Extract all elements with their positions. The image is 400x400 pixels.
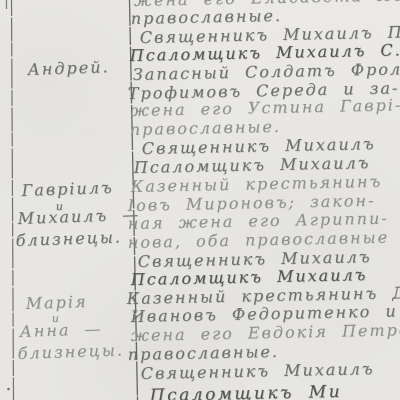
- child-name-line: близнецы.: [15, 229, 122, 249]
- child-name-line: Андрей.: [27, 59, 109, 78]
- register-text-line: Псаломщикъ Ми: [150, 384, 343, 400]
- child-name-line: близнецы.: [17, 342, 124, 362]
- register-text-line: православные.: [128, 344, 279, 363]
- child-name-line: Марія: [25, 294, 87, 312]
- register-text-line: жена его Евдокія Петро-: [131, 322, 400, 344]
- register-text-line: православные.: [131, 8, 282, 27]
- handwriting-layer: Андрей. Гавріилъ и Михаилъ — близнецы. М…: [0, 0, 400, 400]
- child-name-line: Анна —: [19, 321, 102, 340]
- child-name-line: Михаилъ —: [17, 207, 140, 227]
- scanned-register-page: Андрей. Гавріилъ и Михаилъ — близнецы. М…: [0, 0, 400, 400]
- register-text-line: Священникъ Михаилъ: [141, 361, 375, 382]
- child-name-line: Гавріилъ: [21, 180, 113, 199]
- register-text-line: православные.: [130, 119, 281, 138]
- register-text-line: жена его Устина Гаврі-: [131, 97, 400, 119]
